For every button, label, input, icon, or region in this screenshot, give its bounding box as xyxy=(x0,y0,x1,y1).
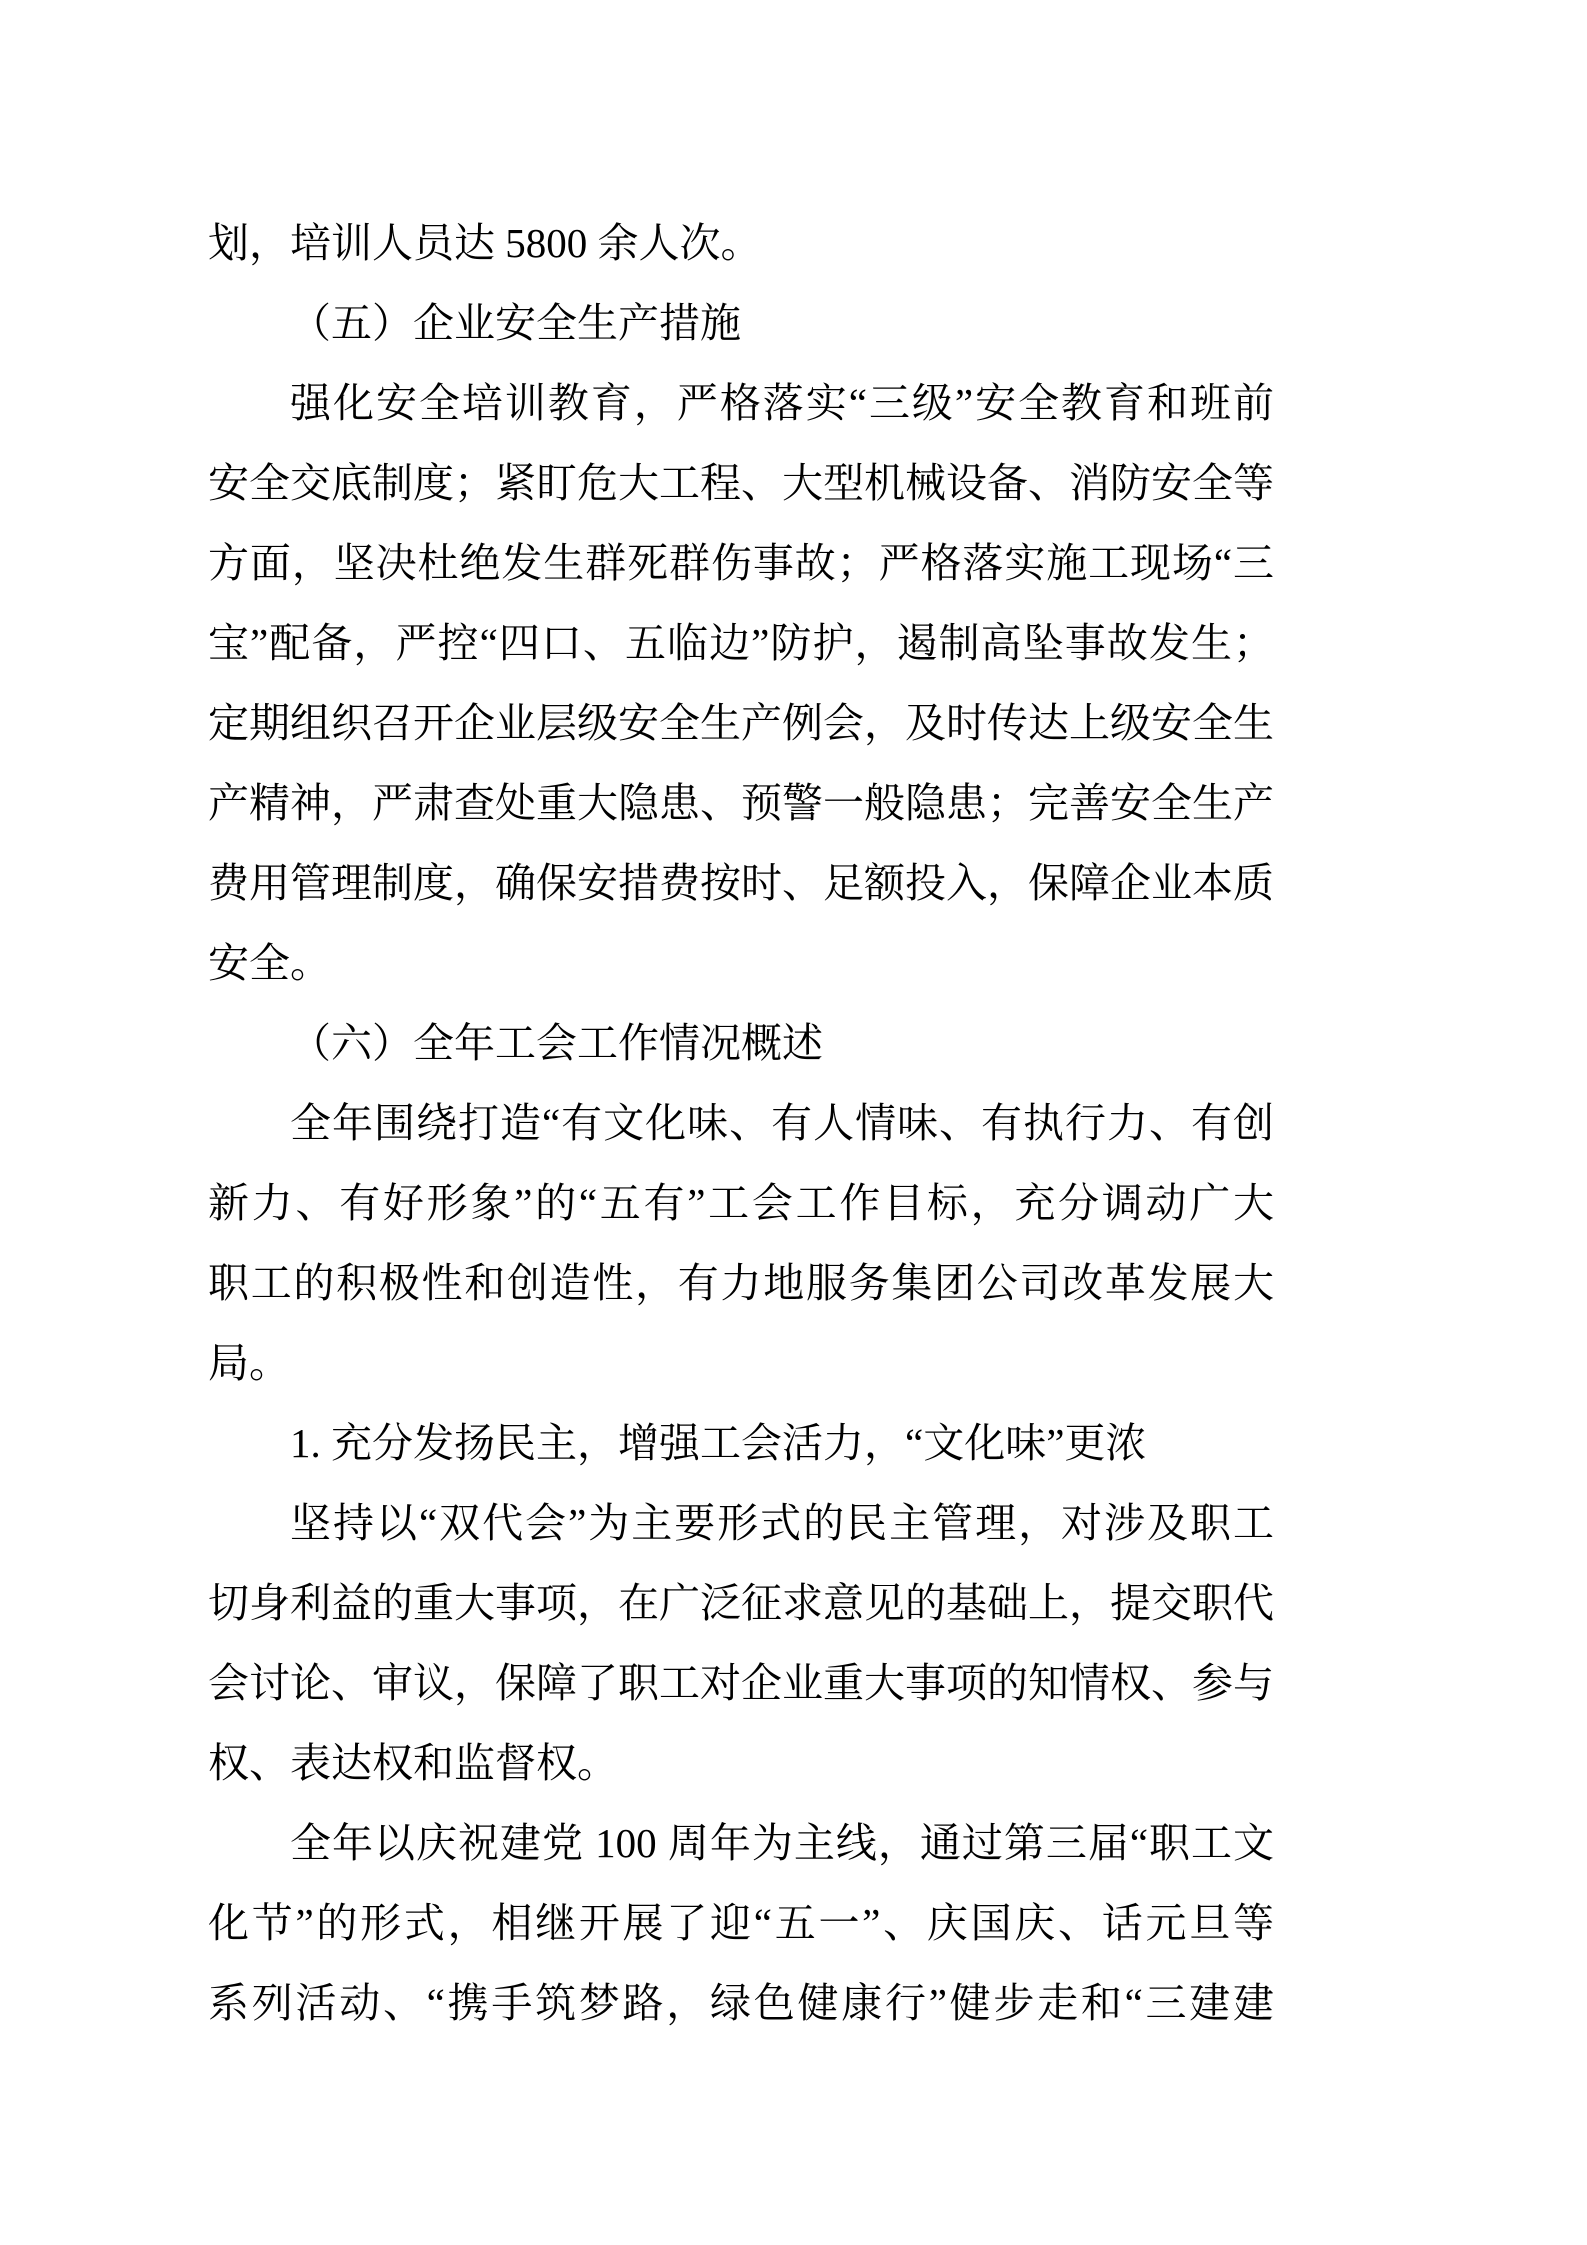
document-text-body: 划，培训人员达 5800 余人次。（五）企业安全生产措施强化安全培训教育，严格落… xyxy=(208,203,1274,2043)
text-line: 会讨论、审议，保障了职工对企业重大事项的知情权、参与 xyxy=(208,1643,1274,1723)
text-line: 1. 充分发扬民主，增强工会活力，“文化味”更浓 xyxy=(208,1403,1274,1483)
text-line: 宝”配备，严控“四口、五临边”防护，遏制高坠事故发生； xyxy=(208,603,1274,683)
text-line: 定期组织召开企业层级安全生产例会，及时传达上级安全生 xyxy=(208,683,1274,763)
document-page: 划，培训人员达 5800 余人次。（五）企业安全生产措施强化安全培训教育，严格落… xyxy=(0,0,1587,2245)
text-line: 切身利益的重大事项，在广泛征求意见的基础上，提交职代 xyxy=(208,1563,1274,1643)
text-line: 全年围绕打造“有文化味、有人情味、有执行力、有创 xyxy=(208,1083,1274,1163)
text-line: 安全交底制度；紧盯危大工程、大型机械设备、消防安全等 xyxy=(208,443,1274,523)
text-line: 坚持以“双代会”为主要形式的民主管理，对涉及职工 xyxy=(208,1483,1274,1563)
text-line: 划，培训人员达 5800 余人次。 xyxy=(208,203,1274,283)
text-line: （五）企业安全生产措施 xyxy=(208,283,1274,363)
text-line: 系列活动、“携手筑梦路，绿色健康行”健步走和“三建建 xyxy=(208,1963,1274,2043)
text-line: 局。 xyxy=(208,1323,1274,1403)
text-line: 强化安全培训教育，严格落实“三级”安全教育和班前 xyxy=(208,363,1274,443)
text-line: 全年以庆祝建党 100 周年为主线，通过第三届“职工文 xyxy=(208,1803,1274,1883)
text-line: 职工的积极性和创造性，有力地服务集团公司改革发展大 xyxy=(208,1243,1274,1323)
text-line: 权、表达权和监督权。 xyxy=(208,1723,1274,1803)
text-line: 化节”的形式，相继开展了迎“五一”、庆国庆、话元旦等 xyxy=(208,1883,1274,1963)
text-line: 新力、有好形象”的“五有”工会工作目标，充分调动广大 xyxy=(208,1163,1274,1243)
text-line: 产精神，严肃查处重大隐患、预警一般隐患；完善安全生产 xyxy=(208,763,1274,843)
text-line: 安全。 xyxy=(208,923,1274,1003)
text-line: 方面，坚决杜绝发生群死群伤事故；严格落实施工现场“三 xyxy=(208,523,1274,603)
text-line: （六）全年工会工作情况概述 xyxy=(208,1003,1274,1083)
text-line: 费用管理制度，确保安措费按时、足额投入，保障企业本质 xyxy=(208,843,1274,923)
